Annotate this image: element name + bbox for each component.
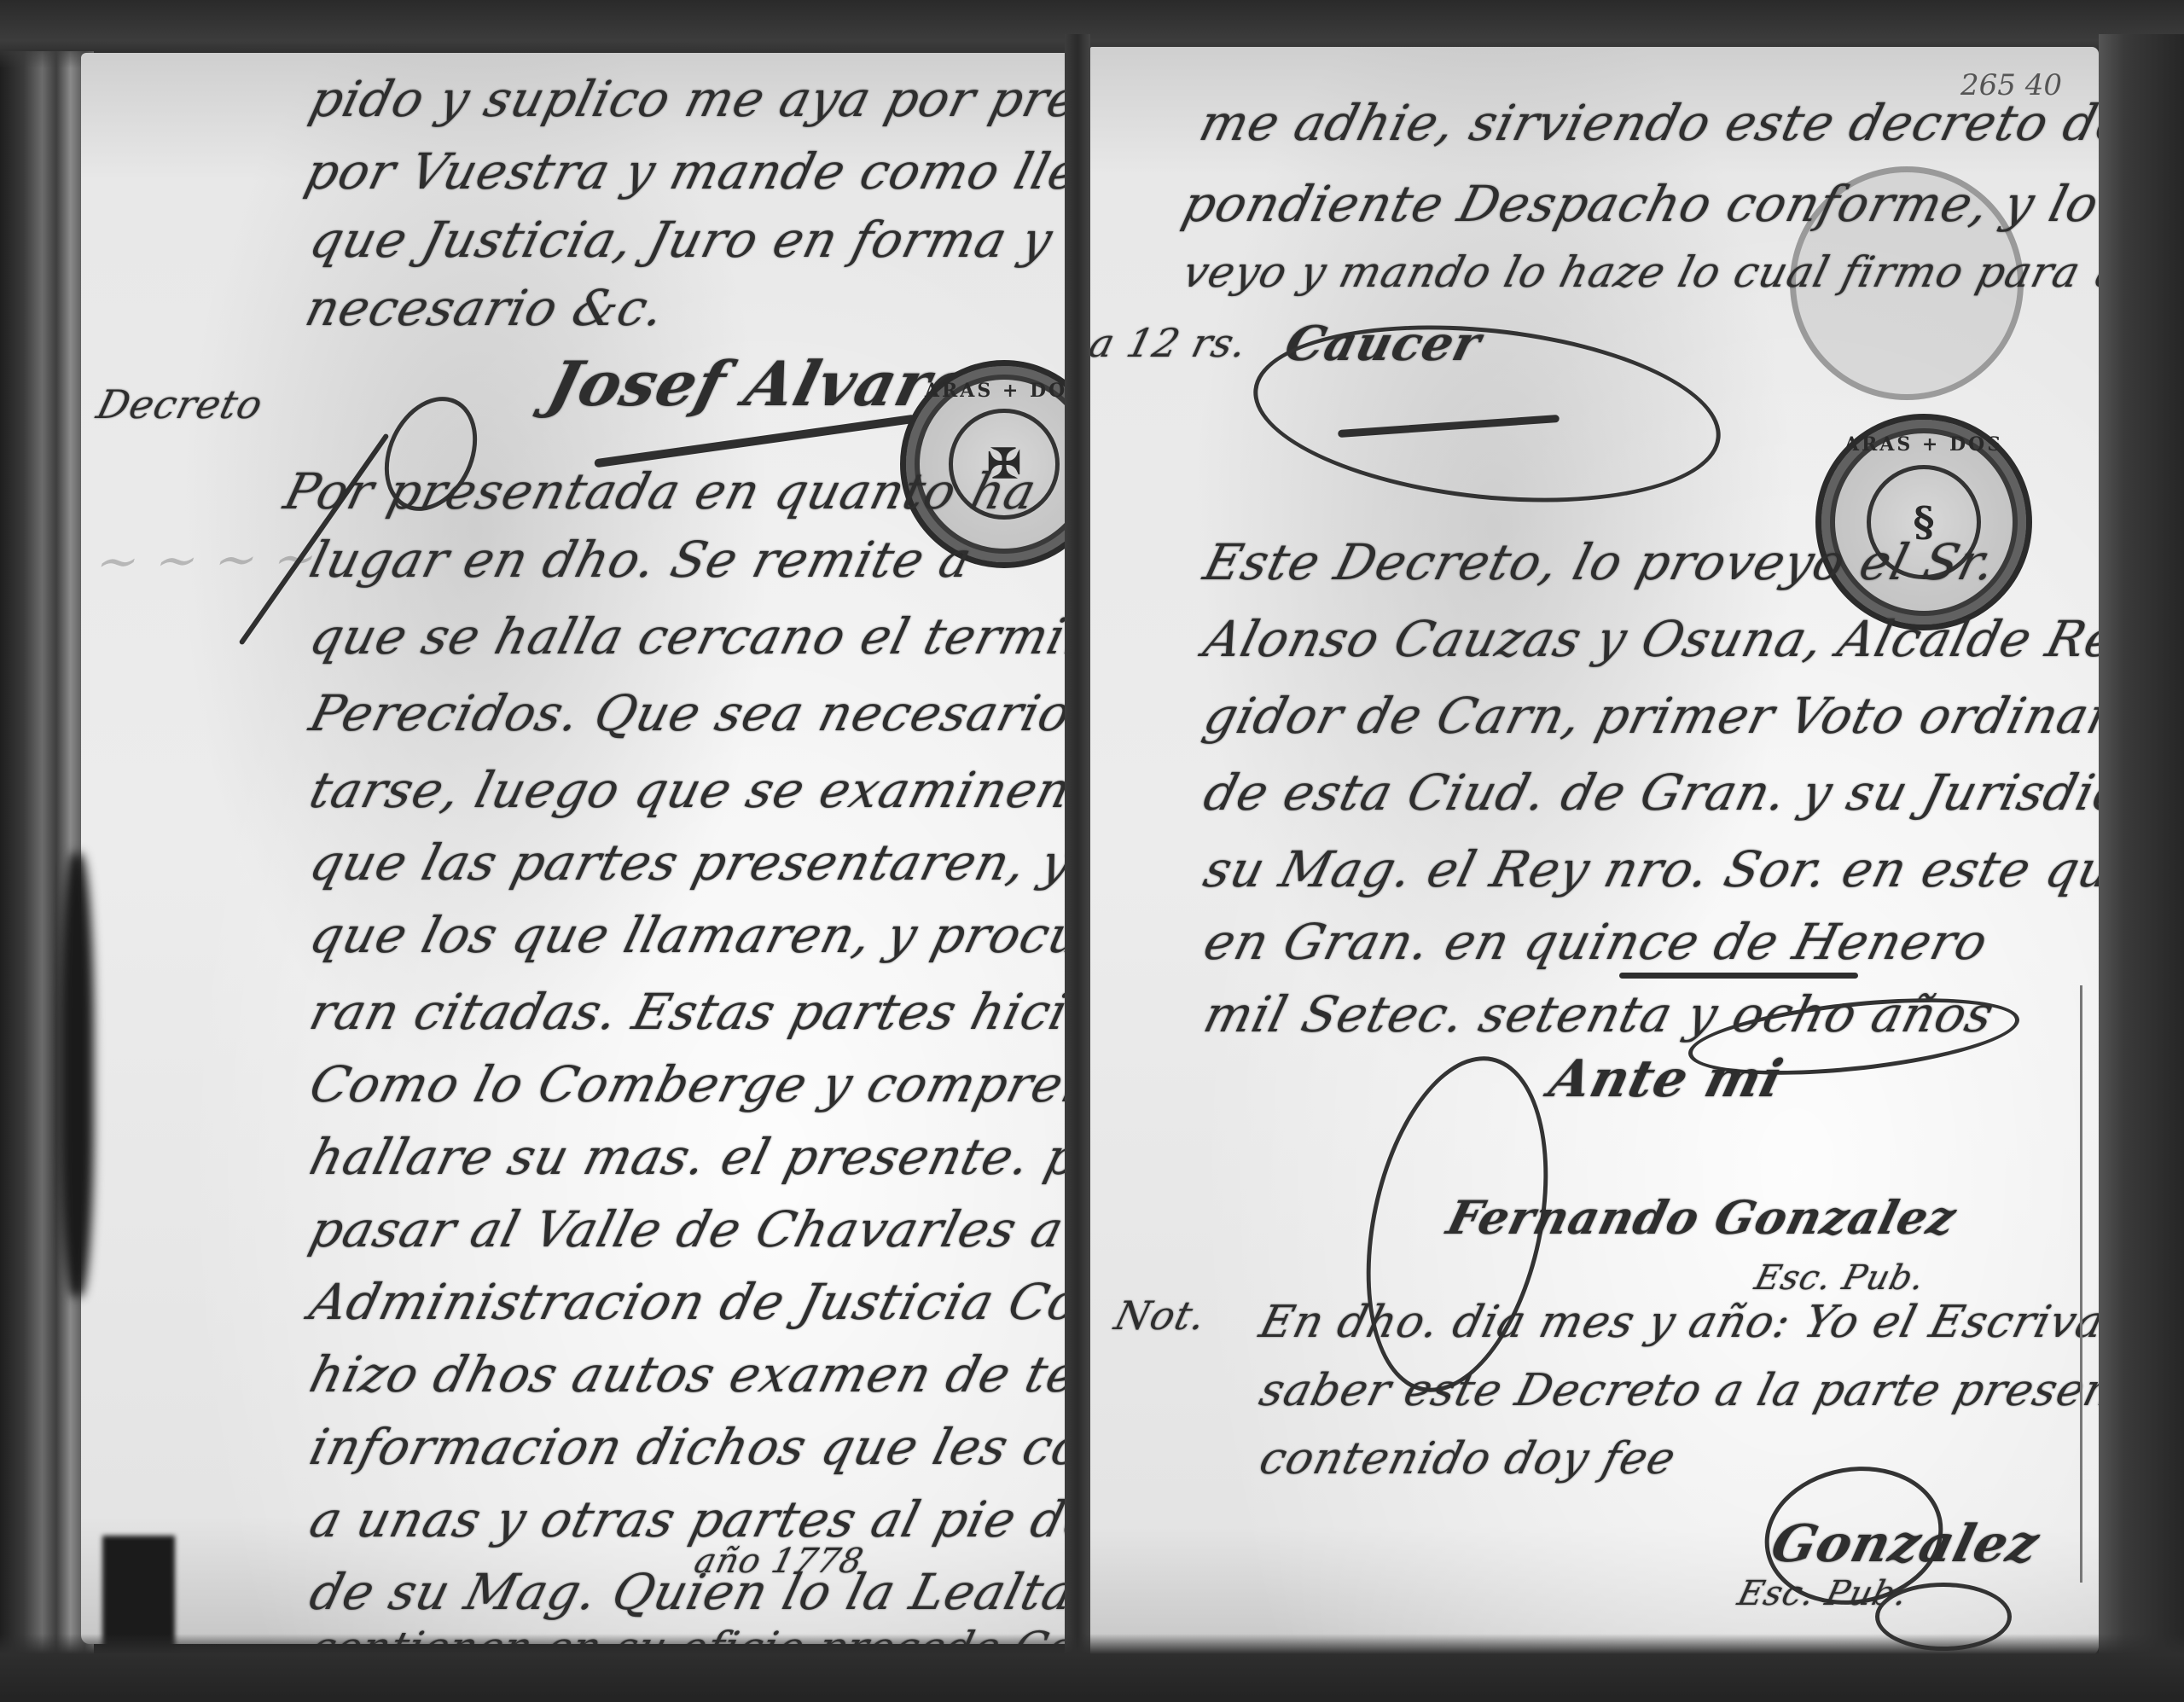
seal-legend: ARAS + DOS (906, 380, 1066, 402)
text-line: necesario &c. (300, 279, 671, 337)
text-line: Perecidos. Que sea necesario, y con (305, 684, 1066, 742)
text-line: Por presentada en quanto ha (279, 462, 1043, 520)
page-ruling-line (2080, 985, 2082, 1583)
text-line: pondiente Despacho conforme, y lo pro- (1177, 175, 2099, 233)
text-line: que se halla cercano el termino de (305, 607, 1066, 665)
text-line: En dho. dia mes y año: Yo el Escrivano h… (1255, 1297, 2099, 1348)
text-line: por Vuestra y mande como llevo pedido (300, 142, 1066, 200)
signature-underline (594, 415, 916, 468)
text-line: ran citadas. Estas partes hicieren y lo … (305, 983, 1066, 1041)
text-line: lugar en dho. Se remite a (305, 531, 979, 589)
book-gutter (1065, 34, 1090, 1672)
text-line: en Gran. en quince de Henero (1199, 913, 1995, 971)
text-line: que las partes presentaren, y se oye (305, 834, 1066, 892)
text-line: su Mag. el Rey nro. Sor. en este quinta (1199, 840, 2099, 898)
signature-name: Fernando Gonzalez (1442, 1190, 1962, 1245)
text-line: de esta Ciud. de Gran. y su Jurisdiccion… (1199, 764, 2099, 822)
text-line: pasar al Valle de Chavarles a hacer las (305, 1200, 1066, 1258)
margin-note-fee: a 12 rs. (1090, 320, 1252, 366)
dark-stain (60, 853, 94, 1297)
text-line: hallare su mas. el presente. para (305, 1128, 1066, 1186)
text-line: hizo dhos autos examen de testigos y (305, 1345, 1066, 1403)
left-page: ~ ~ ~ ~ pido y suplico me aya por presen… (81, 53, 1066, 1644)
signature-title: Esc. Pub. (1751, 1258, 1929, 1298)
official-seal-right: ARAS + DOS § (1815, 414, 2032, 630)
text-line: Alonso Cauzas y Osuna, Alcalde Re- (1199, 610, 2099, 668)
text-line: informacion dichos que les compete rendo (305, 1418, 1066, 1476)
text-line: me adhie, sirviendo este decreto de corr… (1194, 94, 2099, 152)
margin-note-notificacion: Not. (1110, 1292, 1211, 1339)
bleed-through-text: ~ ~ ~ ~ (89, 529, 327, 590)
bottom-shadow (0, 1634, 2184, 1702)
text-line: Administracion de Justicia Comete lo (305, 1273, 1066, 1331)
seal-legend: ARAS + DOS (1821, 433, 2026, 456)
text-line: que Justicia, Juro en forma y lo (305, 211, 1066, 269)
text-line: veyo y mando lo haze lo cual firmo para … (1178, 247, 2099, 297)
text-line: saber este Decreto a la parte presente, … (1255, 1365, 2099, 1416)
text-line: pido y suplico me aya por presentado (305, 70, 1066, 128)
right-page: 265 40 me adhie, sirviendo este decreto … (1090, 47, 2099, 1655)
text-line: gidor de Carn, primer Voto ordinario (1199, 687, 2099, 745)
text-line: que los que llamaren, y procuren que (305, 906, 1066, 964)
text-line: tarse, luego que se examinen los testigo… (305, 761, 1066, 819)
closing-dash (1619, 973, 1858, 979)
signature-ante-mi: Ante mi (1543, 1049, 1789, 1109)
book-edge-right (2099, 34, 2184, 1664)
text-line: a unas y otras partes al pie de este (305, 1490, 1066, 1548)
text-line: de su Mag. Quien lo la Lealtad que (305, 1563, 1066, 1621)
text-line: Este Decreto, lo proveyo el Sr. (1199, 533, 2002, 591)
text-line: Como lo Comberge y comprencion (305, 1055, 1066, 1113)
text-line: contenido doy fee (1255, 1433, 1682, 1484)
signature-bottom: Gonzalez (1765, 1514, 2045, 1574)
margin-note-decreto: Decreto (92, 381, 268, 427)
interlinear-note: año 1778 (690, 1542, 868, 1581)
